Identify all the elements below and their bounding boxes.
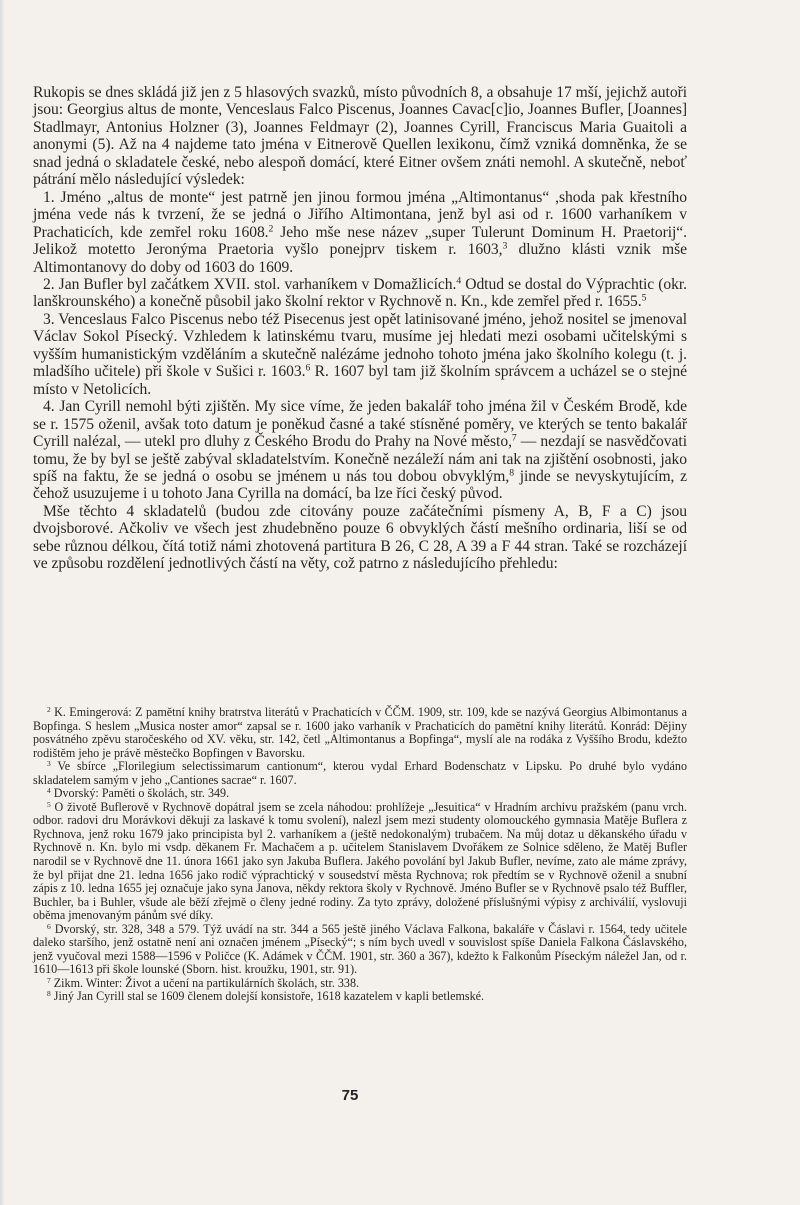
- paragraph-item-3: 3. Venceslaus Falco Piscenus nebo též Pi…: [33, 311, 687, 398]
- page-edge: [0, 0, 5, 1205]
- footnote-ref[interactable]: 5: [642, 293, 647, 304]
- footnote-mark: 2: [47, 705, 51, 714]
- paragraph-item-2: 2. Jan Bufler byl začátkem XVII. stol. v…: [33, 276, 687, 311]
- footnote-mark: 4: [47, 786, 51, 795]
- footnote-mark: 3: [47, 759, 51, 768]
- footnote-5: 5 O životě Buflerově v Rychnově dopátral…: [33, 801, 687, 923]
- page-number: 75: [0, 1087, 700, 1104]
- paragraph-intro: Rukopis se dnes skládá již jen z 5 hlaso…: [33, 84, 687, 189]
- paragraph-masses: Mše těchto 4 skladatelů (budou zde citov…: [33, 503, 687, 573]
- footnote-2: 2 K. Emingerová: Z pamětní knihy bratrst…: [33, 706, 687, 760]
- footnote-text: Dvorský: Paměti o školách, str. 349.: [54, 786, 229, 800]
- footnote-mark: 7: [47, 976, 51, 985]
- footnote-text: K. Emingerová: Z pamětní knihy bratrstva…: [33, 705, 687, 760]
- footnote-text: Ve sbírce „Florilegium selectissimarum c…: [33, 759, 687, 787]
- footnote-text: Jiný Jan Cyrill stal se 1609 členem dole…: [54, 989, 484, 1003]
- footnote-text: Zikm. Winter: Život a učení na partikulá…: [54, 976, 359, 990]
- footnote-6: 6 Dvorský, str. 328, 348 a 579. Týž uvád…: [33, 923, 687, 977]
- footnote-3: 3 Ve sbírce „Florilegium selectissimarum…: [33, 760, 687, 787]
- footnote-mark: 8: [47, 989, 51, 998]
- paragraph-item-1: 1. Jméno „altus de monte“ jest patrně je…: [33, 189, 687, 276]
- paragraph-text: 2. Jan Bufler byl začátkem XVII. stol. v…: [43, 276, 456, 293]
- main-text: Rukopis se dnes skládá již jen z 5 hlaso…: [33, 84, 687, 573]
- footnote-text: O životě Buflerově v Rychnově dopátral j…: [33, 800, 687, 922]
- footnote-4: 4 Dvorský: Paměti o školách, str. 349.: [33, 787, 687, 801]
- paragraph-item-4: 4. Jan Cyrill nemohl býti zjištěn. My si…: [33, 398, 687, 503]
- footnote-mark: 6: [47, 922, 51, 931]
- footnote-text: Dvorský, str. 328, 348 a 579. Týž uvádí …: [33, 922, 687, 977]
- footnote-8: 8 Jiný Jan Cyrill stal se 1609 členem do…: [33, 990, 687, 1004]
- footnote-mark: 5: [47, 800, 51, 809]
- footnotes: 2 K. Emingerová: Z pamětní knihy bratrst…: [33, 706, 687, 1004]
